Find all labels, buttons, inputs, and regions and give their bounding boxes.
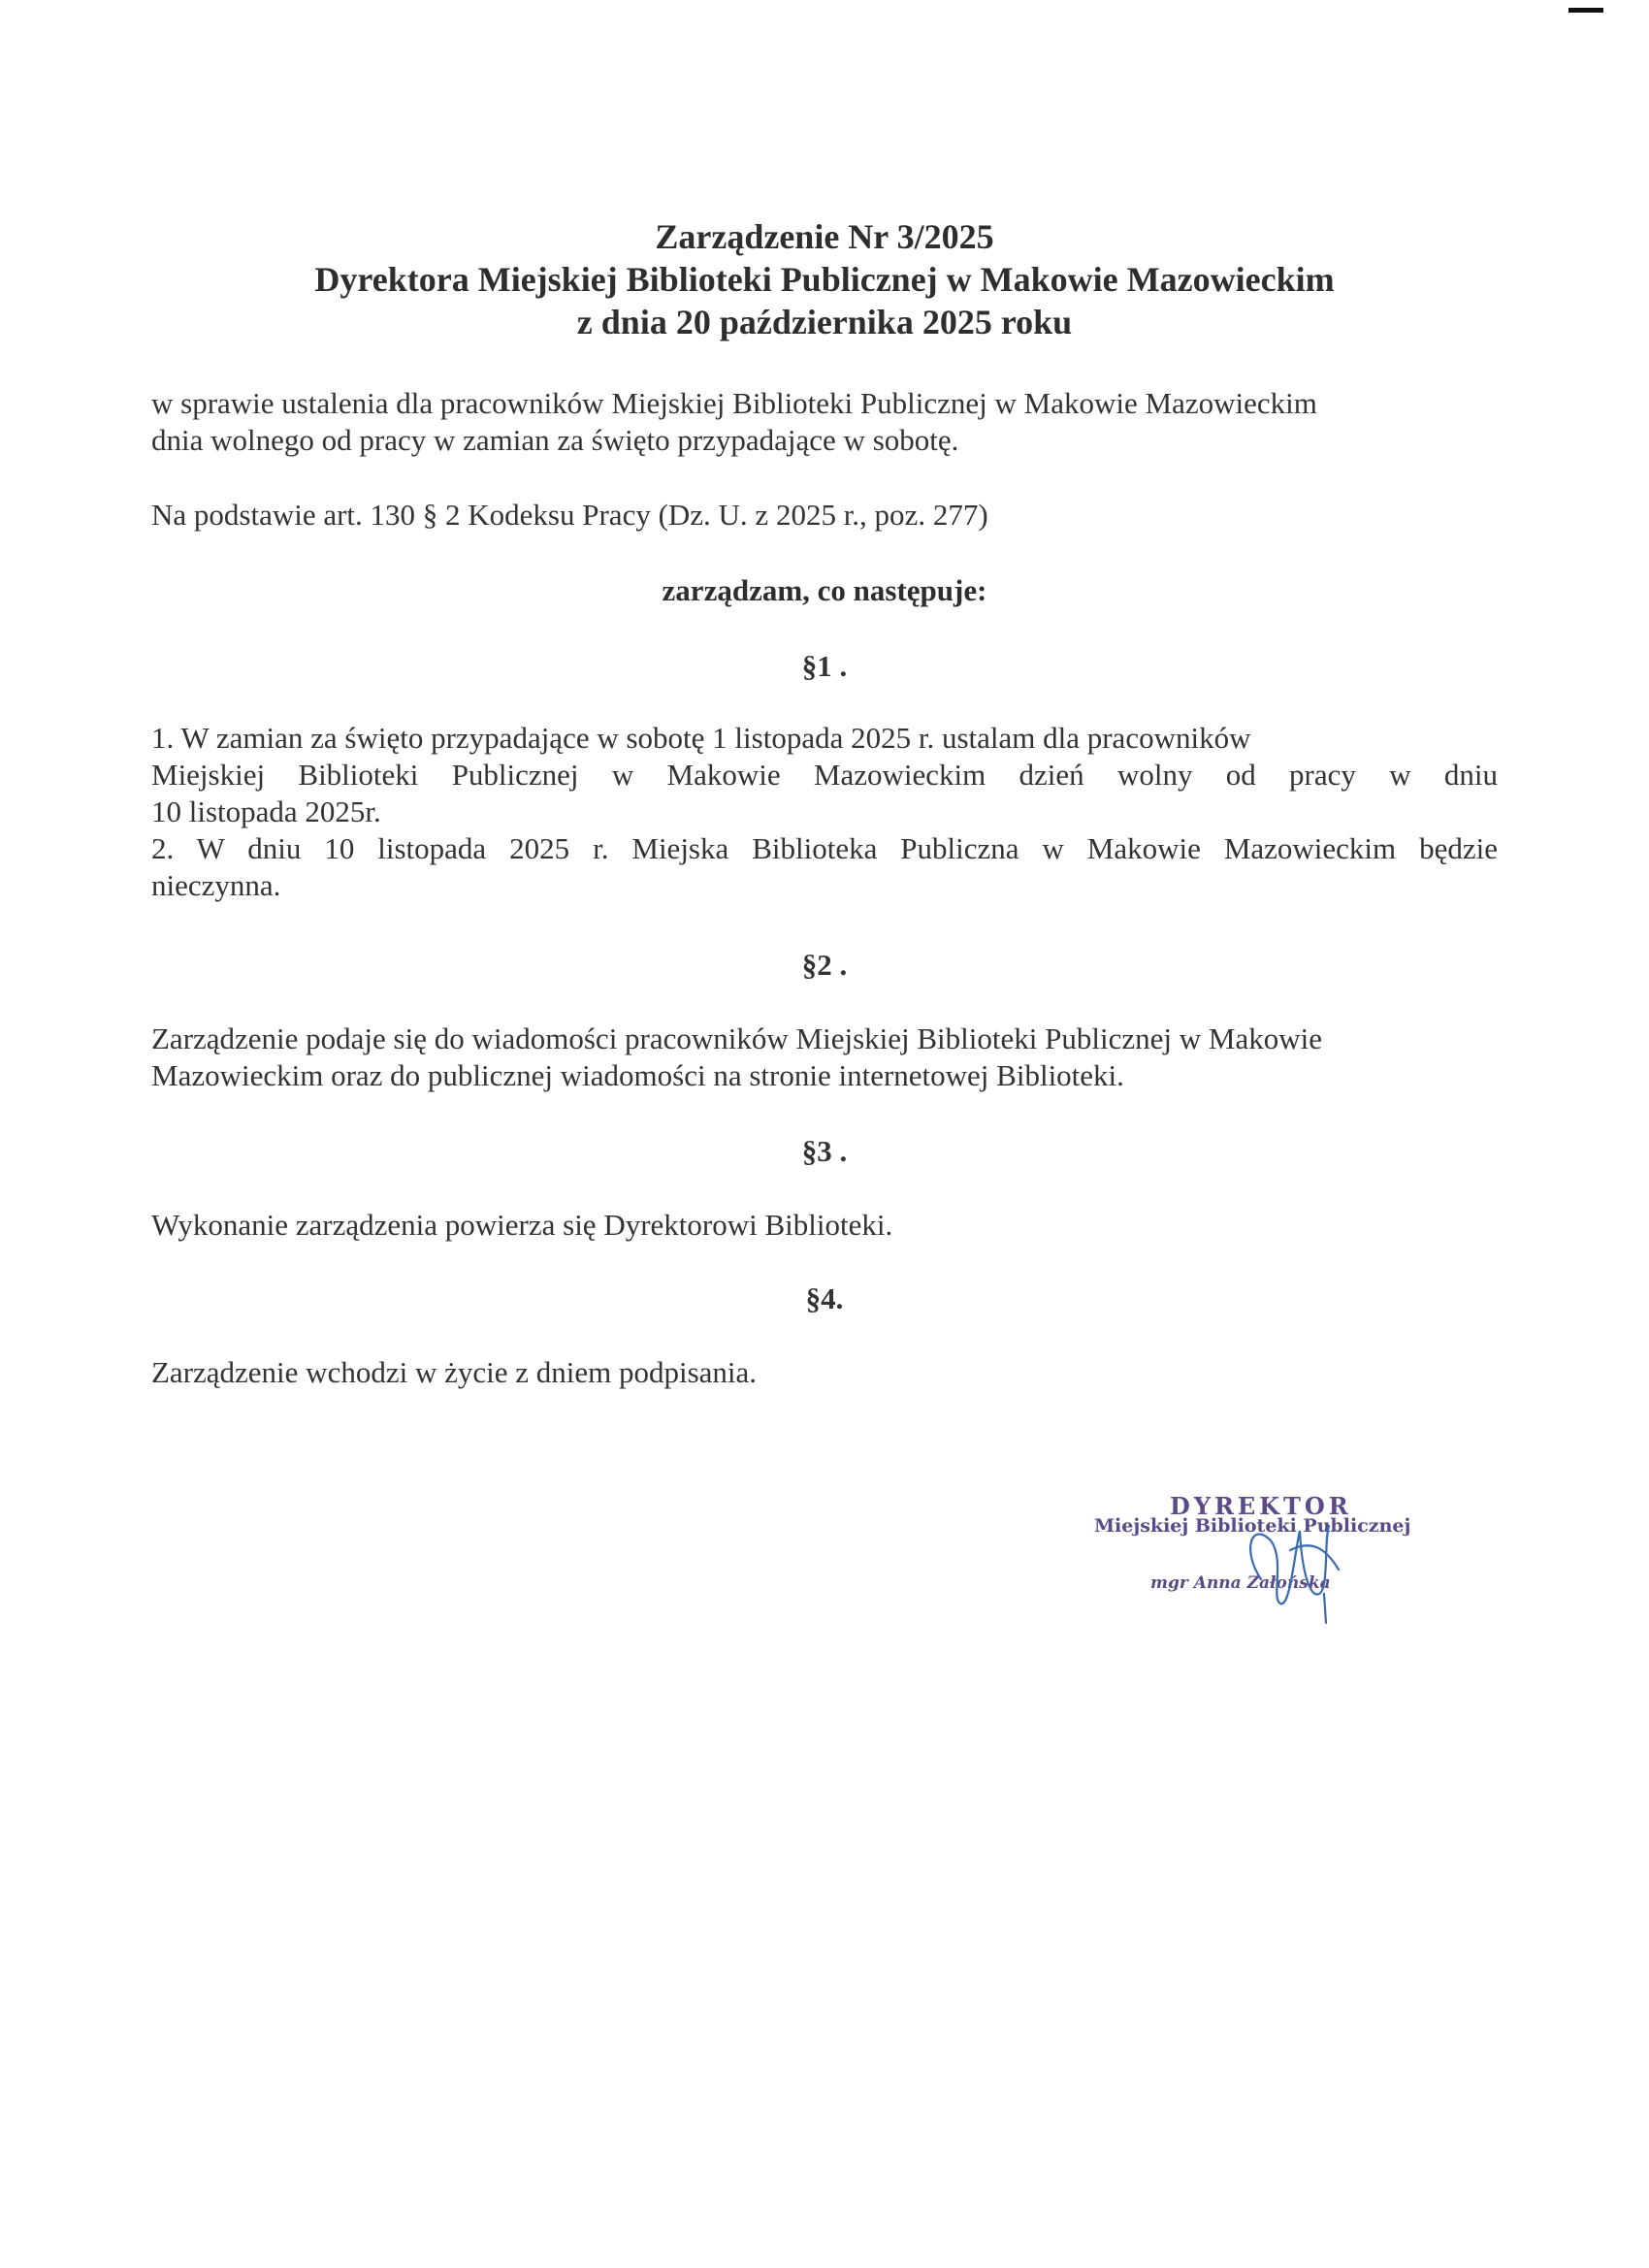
section-4-body: Zarządzenie wchodzi w życie z dniem podp… (151, 1354, 1498, 1391)
section-3-body: Wykonanie zarządzenia powierza się Dyrek… (151, 1207, 1498, 1244)
document-title: Zarządzenie Nr 3/2025 Dyrektora Miejskie… (0, 215, 1649, 343)
legal-basis: Na podstawie art. 130 § 2 Kodeksu Pracy … (151, 497, 1498, 534)
title-line-2: Dyrektora Miejskiej Biblioteki Publiczne… (0, 258, 1649, 301)
section-1-body: 1. W zamian za święto przypadające w sob… (151, 720, 1498, 904)
section-1-line-3: 10 listopada 2025r. (151, 794, 1498, 830)
section-2-body: Zarządzenie podaje się do wiadomości pra… (151, 1021, 1471, 1094)
title-line-1: Zarządzenie Nr 3/2025 (0, 215, 1649, 258)
section-3-heading: §3 . (776, 1133, 873, 1170)
section-1-line-4: 2. W dniu 10 listopada 2025 r. Miejska B… (151, 830, 1498, 867)
subject-paragraph: w sprawie ustalenia dla pracowników Miej… (151, 385, 1498, 459)
section-1-line-2: Miejskiej Biblioteki Publicznej w Makowi… (151, 757, 1498, 794)
section-1-heading: §1 . (776, 648, 873, 685)
scan-edge-mark (1568, 8, 1603, 13)
section-1-line-5: nieczynna. (151, 867, 1498, 904)
director-stamp: DYREKTOR Miejskiej Biblioteki Publicznej… (1086, 1492, 1436, 1647)
subject-line-2: dnia wolnego od pracy w zamian za święto… (151, 422, 1498, 459)
section-2-heading: §2 . (776, 947, 873, 984)
section-1-line-1: 1. W zamian za święto przypadające w sob… (151, 720, 1498, 757)
decree-phrase: zarządzam, co następuje: (0, 572, 1649, 609)
title-line-3: z dnia 20 października 2025 roku (0, 301, 1649, 343)
section-4-heading: §4. (776, 1280, 873, 1317)
handwritten-signature-icon (1232, 1511, 1358, 1628)
subject-line-1: w sprawie ustalenia dla pracowników Miej… (151, 385, 1498, 422)
